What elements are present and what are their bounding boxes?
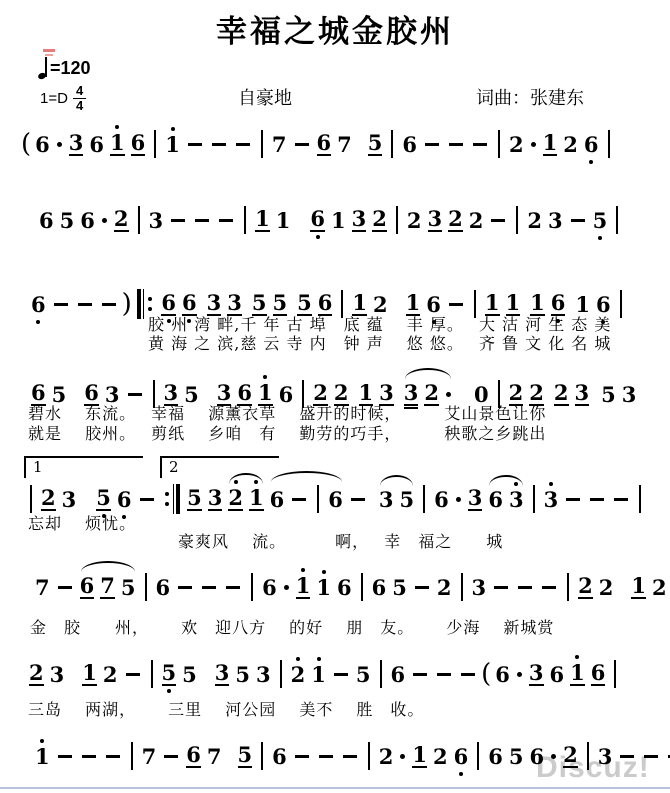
- note: 1: [311, 664, 326, 685]
- music-line-1: (636161767562126: [20, 127, 616, 161]
- music-line-5: 1223565321663563633: [24, 482, 647, 516]
- barline: [280, 660, 282, 688]
- note: 3: [105, 384, 120, 405]
- note: 1: [506, 292, 521, 316]
- music-line-7: 2312553532156(63616: [26, 657, 622, 691]
- note: 1: [331, 210, 346, 231]
- barline: [461, 573, 463, 601]
- barline: [474, 290, 476, 318]
- spacer: [592, 394, 598, 395]
- note: 3: [164, 382, 179, 406]
- lyrics-line-6: 豪爽风 流。 啊， 幸 福之 城: [178, 534, 503, 550]
- duration-dash: [343, 755, 357, 758]
- spacer: [547, 394, 551, 395]
- parenthesis: ): [122, 291, 132, 317]
- note: 3: [428, 208, 443, 232]
- note: 6: [186, 744, 201, 768]
- note: 2: [379, 746, 394, 767]
- parenthesis: (: [481, 661, 491, 687]
- note: 6: [391, 664, 406, 685]
- note: 6: [337, 577, 352, 598]
- duration-dash: [571, 219, 585, 222]
- note: 1: [485, 292, 500, 316]
- note: 3: [256, 664, 271, 685]
- note: 3: [227, 292, 242, 316]
- note: 6: [328, 489, 343, 510]
- duration-dash: [82, 755, 96, 758]
- note: 6: [80, 210, 95, 231]
- note: 3: [598, 746, 613, 767]
- note: 6: [279, 384, 294, 405]
- note: 6: [84, 382, 99, 406]
- note: 2: [469, 210, 484, 231]
- duration-dash: [219, 219, 233, 222]
- barline: [533, 485, 535, 513]
- duration-dash: [178, 586, 192, 589]
- note: 7: [207, 746, 222, 767]
- note: 6: [318, 292, 333, 316]
- augmentation-dot: [102, 218, 107, 223]
- note: 5: [392, 577, 407, 598]
- note: 6: [237, 382, 252, 406]
- note: 3: [217, 382, 232, 406]
- note: 1: [631, 575, 646, 599]
- duration-dash: [518, 586, 532, 589]
- duration-dash: [128, 393, 142, 396]
- note: 2: [372, 208, 387, 232]
- note: 1: [255, 208, 270, 232]
- music-line-6: 767566116652322126: [32, 570, 670, 604]
- spacer: [200, 674, 212, 675]
- duration-dash: [614, 498, 628, 501]
- note: 6: [488, 489, 503, 510]
- note: 7: [272, 134, 287, 155]
- note: 6: [317, 132, 332, 156]
- note: 5: [238, 744, 253, 768]
- slur-tie: 675: [77, 575, 139, 599]
- note: 3: [544, 489, 559, 510]
- note: 6: [310, 208, 325, 232]
- note: 6: [426, 294, 441, 315]
- duration-dash: [58, 586, 72, 589]
- note: 5: [187, 487, 202, 511]
- note: 3: [69, 132, 84, 156]
- note: 2: [509, 134, 524, 155]
- note: 6: [35, 134, 50, 155]
- note: 5: [368, 132, 383, 156]
- barline: [516, 206, 518, 234]
- note: 3: [379, 489, 394, 510]
- spacer: [616, 587, 628, 588]
- note: 6: [161, 292, 176, 316]
- duration-dash: [473, 143, 487, 146]
- note: 6: [530, 746, 545, 767]
- note: 2: [291, 664, 306, 685]
- barline: [614, 660, 616, 688]
- augmentation-dot: [531, 142, 536, 147]
- augmentation-dot: [446, 392, 451, 397]
- rest: 0: [474, 384, 489, 405]
- volta-bracket-1: 1: [24, 456, 143, 478]
- note: 3: [404, 382, 419, 406]
- augmentation-dot: [551, 754, 556, 759]
- note: 6: [156, 577, 171, 598]
- note: 3: [215, 662, 230, 686]
- note: 6: [31, 382, 46, 406]
- note: 2: [313, 382, 328, 406]
- augmentation-dot: [57, 142, 62, 147]
- score-body: (6361617675621266562311613223222356)6633…: [0, 0, 670, 793]
- duration-dash: [319, 755, 333, 758]
- note: 2: [424, 382, 439, 406]
- duration-dash: [425, 143, 439, 146]
- barline: [261, 130, 263, 158]
- note: 3: [622, 384, 637, 405]
- note: 6: [262, 577, 277, 598]
- note: 1: [316, 577, 331, 598]
- duration-dash: [295, 143, 309, 146]
- duration-dash: [212, 143, 226, 146]
- note: 2: [448, 208, 463, 232]
- lyrics-line-5: 忘却 烦忧。: [28, 516, 136, 532]
- note: 6: [550, 664, 565, 685]
- parenthesis: (: [21, 131, 31, 157]
- note: 5: [593, 210, 608, 231]
- duration-dash: [126, 673, 140, 676]
- barline: [498, 130, 500, 158]
- note: 3: [529, 662, 544, 686]
- barline: [608, 130, 610, 158]
- barline: [341, 290, 343, 318]
- duration-dash: [171, 219, 185, 222]
- barline: [396, 206, 398, 234]
- spacer: [225, 756, 235, 757]
- note: 5: [399, 489, 414, 510]
- duration-dash: [106, 755, 120, 758]
- note: 3: [207, 292, 222, 316]
- spacer: [568, 304, 572, 305]
- barline: [423, 485, 425, 513]
- duration-dash: [295, 755, 309, 758]
- note: 6: [372, 577, 387, 598]
- slur-tie: 21: [225, 487, 266, 511]
- spacer: [245, 304, 249, 305]
- spacer: [293, 220, 307, 221]
- note: 3: [352, 208, 367, 232]
- duration-dash: [78, 303, 92, 306]
- barline: [587, 742, 589, 770]
- volta-number: 1: [33, 458, 43, 476]
- note: 2: [114, 208, 129, 232]
- barline: [567, 573, 569, 601]
- note: 5: [273, 292, 288, 316]
- spacer: [352, 394, 356, 395]
- note: 6: [272, 746, 287, 767]
- barline: [145, 573, 147, 601]
- note: 6: [270, 489, 285, 510]
- note: 3: [509, 489, 524, 510]
- note: 7: [100, 575, 115, 599]
- note: 5: [601, 384, 616, 405]
- note: 2: [554, 382, 569, 406]
- note: 2: [41, 487, 56, 511]
- note: 6: [117, 489, 132, 510]
- note: 3: [379, 382, 394, 406]
- note: 3: [50, 664, 65, 685]
- note: 2: [433, 746, 448, 767]
- duration-dash: [164, 755, 178, 758]
- lyrics-line-8: 三岛 两湖， 三里 河公园 美不 胜 收。: [28, 702, 424, 718]
- spacer: [202, 394, 214, 395]
- augmentation-dot: [400, 754, 405, 759]
- duration-dash: [415, 586, 429, 589]
- spacer: [67, 674, 79, 675]
- duration-dash: [195, 219, 209, 222]
- note: 1: [249, 487, 264, 511]
- note: 2: [599, 577, 614, 598]
- duration-dash: [494, 586, 508, 589]
- note: 3: [468, 487, 483, 511]
- note: 6: [31, 294, 46, 315]
- duration-dash: [236, 143, 250, 146]
- note: 5: [96, 487, 111, 511]
- lyrics-line-1: 胶 州 湾 畔,千 年 古 埠 底 蕴 丰 厚。 大 沽 河 生 态 美: [148, 317, 611, 333]
- note: 1: [359, 382, 374, 406]
- note: 5: [60, 210, 75, 231]
- note: 1: [82, 662, 97, 686]
- barline: [477, 742, 479, 770]
- duration-dash: [188, 143, 202, 146]
- note: 6: [454, 746, 469, 767]
- barline: [391, 130, 393, 158]
- duration-dash: [644, 755, 658, 758]
- note: 3: [149, 210, 164, 231]
- barline: [639, 485, 641, 513]
- note: 5: [121, 577, 136, 598]
- barline: [251, 573, 253, 601]
- note: 7: [35, 577, 50, 598]
- note: 2: [578, 575, 593, 599]
- spacer: [290, 304, 294, 305]
- note: 3: [548, 210, 563, 231]
- lyrics-line-4: 就是 胶州。 剪纸 乡咱 有 勤劳的巧手， 秧歌之乡跳出: [28, 426, 546, 442]
- note: 2: [529, 382, 544, 406]
- note: 1: [406, 292, 421, 316]
- duration-dash: [449, 303, 463, 306]
- note: 6: [402, 134, 417, 155]
- note: 6: [39, 210, 54, 231]
- note: 6: [89, 134, 104, 155]
- note: 6: [584, 134, 599, 155]
- note: 6: [591, 662, 606, 686]
- duration-dash: [334, 673, 348, 676]
- duration-dash: [590, 498, 604, 501]
- note: 2: [29, 662, 44, 686]
- spacer: [69, 394, 81, 395]
- slur-tie: 66: [267, 485, 346, 513]
- note: 5: [297, 292, 312, 316]
- note: 6: [80, 575, 95, 599]
- note: 1: [352, 292, 367, 316]
- note: 5: [52, 384, 67, 405]
- music-line-2: 656231161322322235: [36, 203, 624, 237]
- duration-dash: [491, 219, 505, 222]
- note: 1: [575, 294, 590, 315]
- duration-dash: [102, 303, 116, 306]
- note: 6: [131, 132, 146, 156]
- slur-tie: 35: [376, 489, 417, 510]
- barline: [380, 660, 382, 688]
- note: 5: [184, 384, 199, 405]
- barline: [317, 485, 319, 513]
- note: 1: [570, 662, 585, 686]
- duration-dash: [566, 498, 580, 501]
- note: 1: [530, 292, 545, 316]
- duration-dash: [54, 303, 68, 306]
- note: 1: [296, 575, 311, 599]
- note: 6: [434, 489, 449, 510]
- note: 5: [182, 664, 197, 685]
- spacer: [355, 144, 365, 145]
- note: 7: [142, 746, 157, 767]
- note: 2: [437, 577, 452, 598]
- note: 5: [356, 664, 371, 685]
- note: 1: [165, 134, 180, 155]
- spacer: [455, 394, 471, 395]
- note: 7: [337, 134, 352, 155]
- barline: [261, 742, 263, 770]
- note: 5: [509, 746, 524, 767]
- note: 2: [228, 487, 243, 511]
- augmentation-dot: [456, 497, 461, 502]
- score-page: 幸福之城金胶州 =120 1=D 4 4 自豪地 词曲：张建东 Discuz! …: [0, 0, 670, 793]
- note: 6: [551, 292, 566, 316]
- spacer: [391, 304, 403, 305]
- note: 1: [258, 382, 273, 406]
- music-line-8: 176756212665623: [32, 739, 670, 773]
- duration-dash: [620, 755, 634, 758]
- volta-number: 2: [169, 458, 179, 476]
- spacer: [523, 304, 527, 305]
- note: 6: [488, 746, 503, 767]
- note: 6: [596, 294, 611, 315]
- note: 1: [412, 744, 427, 768]
- note: 3: [472, 577, 487, 598]
- note: 3: [208, 487, 223, 511]
- duration-dash: [437, 673, 451, 676]
- note: 5: [235, 664, 250, 685]
- duration-dash: [449, 143, 463, 146]
- barline: [151, 660, 153, 688]
- note: 6: [495, 664, 510, 685]
- volta-bracket-2: 2: [160, 456, 279, 478]
- barline: [30, 485, 32, 513]
- augmentation-dot: [517, 672, 522, 677]
- duration-dash: [413, 673, 427, 676]
- barline: [131, 742, 133, 770]
- note: 2: [652, 577, 667, 598]
- duration-dash: [461, 673, 475, 676]
- repeat-end-sign: [163, 484, 181, 514]
- barline: [368, 742, 370, 770]
- note: 3: [62, 489, 77, 510]
- note: 1: [110, 132, 125, 156]
- note: 2: [563, 134, 578, 155]
- augmentation-dot: [284, 585, 289, 590]
- barline: [154, 130, 156, 158]
- note: 2: [563, 744, 578, 768]
- lyrics-line-3: 碧水 东流。 幸福 源薰衣草 盛开的时候， 艾山景色让你: [28, 406, 546, 422]
- note: 2: [373, 294, 388, 315]
- note: 1: [35, 746, 50, 767]
- duration-dash: [58, 755, 72, 758]
- note: 1: [276, 210, 291, 231]
- lyrics-line-2: 黄 海 之 滨,慈 云 寺 内 钟 声 悠 悠。 齐 鲁 文 化 名 城: [148, 336, 611, 352]
- barline: [138, 206, 140, 234]
- duration-dash: [226, 586, 240, 589]
- barline: [361, 573, 363, 601]
- duration-dash: [140, 498, 154, 501]
- note: 6: [182, 292, 197, 316]
- lyrics-line-7: 金 胶 州， 欢 迎八方 的好 朋 友。 少海 新城赏: [30, 620, 554, 636]
- duration-dash: [542, 586, 556, 589]
- note: 3: [575, 382, 590, 406]
- slur-tie: 32: [401, 382, 455, 406]
- spacer: [200, 304, 204, 305]
- note: 2: [509, 382, 524, 406]
- note: 2: [334, 382, 349, 406]
- duration-dash: [292, 498, 306, 501]
- slur-tie: 63: [485, 489, 526, 510]
- note: 5: [252, 292, 267, 316]
- note: 5: [162, 662, 177, 686]
- note: 2: [407, 210, 422, 231]
- note: 1: [543, 132, 558, 156]
- note: 2: [103, 664, 118, 685]
- barline: [616, 206, 618, 234]
- spacer: [79, 499, 93, 500]
- duration-dash: [351, 498, 365, 501]
- note: 2: [527, 210, 542, 231]
- barline: [244, 206, 246, 234]
- barline: [620, 290, 622, 318]
- duration-dash: [202, 586, 216, 589]
